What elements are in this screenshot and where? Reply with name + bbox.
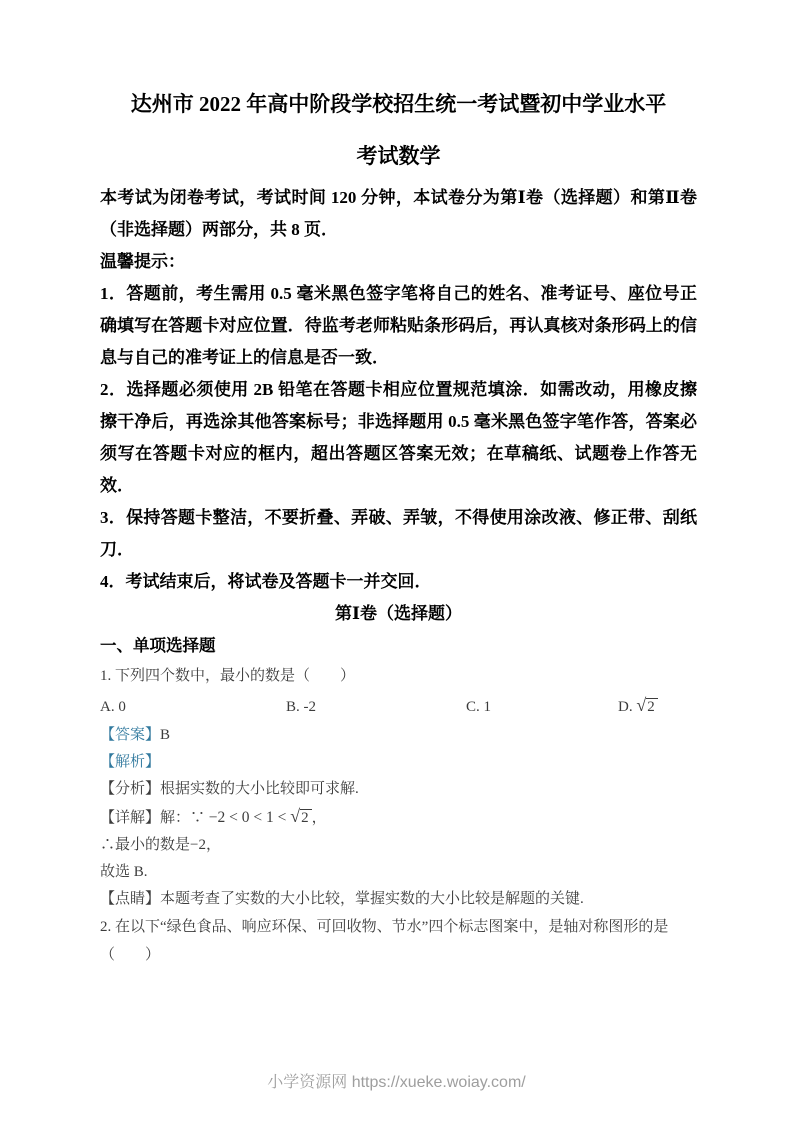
inequality-expression: −2 < 0 < 1 < √2 bbox=[209, 809, 312, 826]
question-2-text: 2. 在以下“绿色食品、响应环保、可回收物、节水”四个标志图案中，是轴对称图形的… bbox=[100, 913, 697, 941]
answer-line: 【答案】B bbox=[100, 722, 697, 749]
jiexi-label: 【解析】 bbox=[100, 754, 160, 770]
tip-item-1: 1．答题前，考生需用 0.5 毫米黑色签字笔将自己的姓名、准考证号、座位号正确填… bbox=[100, 278, 697, 374]
option-b: B. -2 bbox=[286, 692, 466, 722]
exam-paper-page: 达州市 2022 年高中阶段学校招生统一考试暨初中学业水平 考试数学 本考试为闭… bbox=[0, 0, 793, 1122]
fenxi-label: 【分析】 bbox=[100, 781, 160, 797]
tip-item-4: 4．考试结束后，将试卷及答题卡一并交回． bbox=[100, 566, 697, 598]
option-c: C. 1 bbox=[466, 692, 618, 722]
option-a: A. 0 bbox=[100, 692, 286, 722]
dianjing-label: 【点睛】 bbox=[100, 891, 160, 907]
question-2-brackets: （ ） bbox=[100, 941, 697, 969]
radical-sign-icon: √ bbox=[636, 695, 646, 715]
question-1-options: A. 0 B. -2 C. 1 D. √2 bbox=[100, 690, 697, 722]
option-d-label: D. bbox=[618, 699, 636, 715]
footer-site-link[interactable]: 小学资源网 https://xueke.woiay.com/ bbox=[267, 1074, 525, 1091]
xiangjie-prefix: 解：∵ bbox=[160, 810, 209, 826]
tips-heading: 温馨提示： bbox=[100, 246, 697, 278]
xiangjie-label: 【详解】 bbox=[100, 810, 160, 826]
question-1-text: 1. 下列四个数中，最小的数是（ ） bbox=[100, 662, 697, 690]
xiangjie-line: 【详解】解：∵ −2 < 0 < 1 < √2， bbox=[100, 803, 697, 832]
answer-value: B bbox=[160, 727, 170, 743]
sqrt-radical: √2 bbox=[290, 809, 311, 826]
tip-item-3: 3．保持答题卡整洁，不要折叠、弄破、弄皱，不得使用涂改液、修正带、刮纸刀． bbox=[100, 502, 697, 566]
option-d: D. √2 bbox=[618, 690, 697, 722]
radicand: 2 bbox=[300, 809, 312, 827]
fenxi-text: 根据实数的大小比较即可求解. bbox=[160, 781, 359, 797]
radical-sign-icon: √ bbox=[290, 806, 300, 826]
dianjing-text: 本题考查了实数的大小比较，掌握实数的大小比较是解题的关键. bbox=[160, 891, 584, 907]
paper-title-line1: 达州市 2022 年高中阶段学校招生统一考试暨初中学业水平 bbox=[100, 78, 697, 130]
answer-label: 【答案】 bbox=[100, 727, 160, 743]
conclusion-line: ∴最小的数是−2， bbox=[100, 832, 697, 859]
analysis-header-line: 【解析】 bbox=[100, 749, 697, 776]
exam-intro: 本考试为闭卷考试，考试时间 120 分钟，本试卷分为第Ⅰ卷（选择题）和第Ⅱ卷（非… bbox=[100, 182, 697, 246]
inequality-text: −2 < 0 < 1 < bbox=[209, 809, 290, 826]
radicand: 2 bbox=[646, 698, 658, 716]
sqrt-radical: √2 bbox=[636, 699, 657, 715]
tip-item-2: 2．选择题必须使用 2B 铅笔在答题卡相应位置规范填涂．如需改动，用橡皮擦擦干净… bbox=[100, 374, 697, 502]
page-footer: 小学资源网 https://xueke.woiay.com/ bbox=[0, 1069, 793, 1092]
choice-line: 故选 B. bbox=[100, 859, 697, 886]
paper-title-line2: 考试数学 bbox=[100, 130, 697, 182]
part-heading-single-choice: 一、单项选择题 bbox=[100, 630, 697, 662]
paper-title: 达州市 2022 年高中阶段学校招生统一考试暨初中学业水平 考试数学 bbox=[100, 78, 697, 182]
xiangjie-suffix: ， bbox=[312, 810, 327, 826]
fenxi-line: 【分析】根据实数的大小比较即可求解. bbox=[100, 776, 697, 803]
dianjing-line: 【点睛】本题考查了实数的大小比较，掌握实数的大小比较是解题的关键. bbox=[100, 886, 697, 913]
section-heading-part1: 第Ⅰ卷（选择题） bbox=[100, 598, 697, 630]
